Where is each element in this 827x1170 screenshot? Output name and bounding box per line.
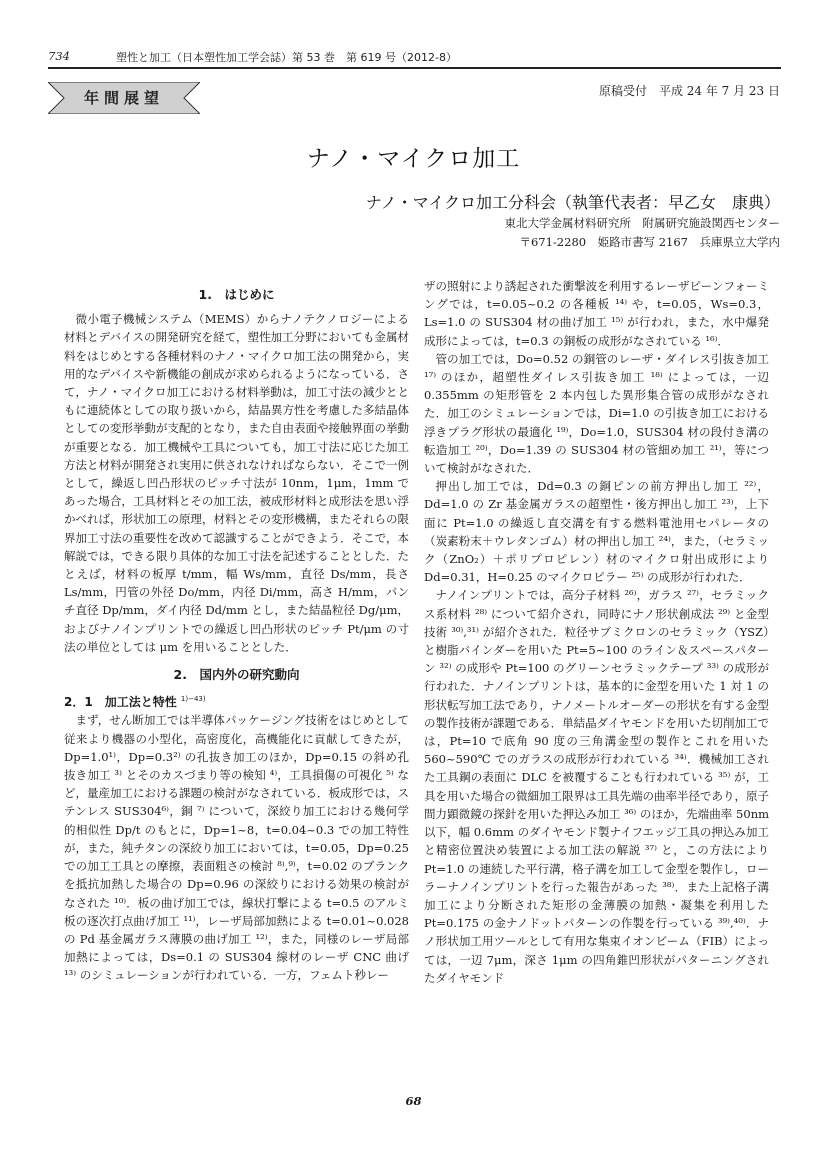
subsection-2-1-refs: 1)−43) — [181, 695, 206, 703]
left-column: 1. はじめに 微小電子機械システム（MEMS）からナノテクノロジーによる材料と… — [64, 286, 409, 985]
journal-page-number: 734 — [48, 49, 70, 63]
section-1-paragraph: 微小電子機械システム（MEMS）からナノテクノロジーによる材料とデバイスの開発研… — [64, 310, 409, 656]
header-rule — [48, 67, 781, 69]
section-1-heading: 1. はじめに — [64, 286, 409, 304]
badge-label: 年間展望 — [48, 82, 200, 114]
section-badge: 年間展望 — [48, 82, 200, 114]
right-column: ザの照射により誘起された衝撃波を利用するレーザピーンフォーミングでは，t=0.0… — [424, 277, 769, 987]
article-authors: ナノ・マイクロ加工分科会（執筆代表者：早乙女 康典） — [366, 190, 780, 213]
subsection-2-1-title: 2．1 加工法と特性 — [64, 695, 177, 709]
right-paragraph-3: 押出し加工では，Dd=0.3 の銅ピンの前方押出し加工 ²²⁾，Dd=1.0 の… — [424, 477, 769, 586]
affiliation-line-2: 〒671-2280 姫路市書写 2167 兵庫県立大学内 — [519, 234, 780, 250]
page-folio: 68 — [0, 1094, 827, 1108]
subsection-2-1-heading: 2．1 加工法と特性 1)−43) — [64, 690, 409, 711]
right-paragraph-2: 管の加工では，Do=0.52 の銅管のレーザ・ダイレス引抜き加工 ¹⁷⁾ のほか… — [424, 350, 769, 477]
journal-citation: 塑性と加工（日本塑性加工学会誌）第 53 巻 第 619 号（2012-8） — [116, 49, 457, 65]
section-2-heading: 2. 国内外の研究動向 — [64, 666, 409, 684]
received-date: 原稿受付 平成 24 年 7 月 23 日 — [599, 82, 780, 99]
running-head: 734 塑性と加工（日本塑性加工学会誌）第 53 巻 第 619 号（2012-… — [48, 47, 780, 67]
right-paragraph-1: ザの照射により誘起された衝撃波を利用するレーザピーンフォーミングでは，t=0.0… — [424, 277, 769, 350]
section-2-paragraph-left: まず，せん断加工では半導体パッケージング技術をはじめとして従来より機器の小型化，… — [64, 711, 409, 984]
right-paragraph-4: ナノインプリントでは，高分子材料 ²⁶⁾，ガラス ²⁷⁾，セラミックス系材料 ²… — [424, 586, 769, 986]
affiliation-line-1: 東北大学金属材料研究所 附属研究施設関西センター — [504, 215, 780, 231]
article-title: ナノ・マイクロ加工 — [0, 140, 827, 173]
